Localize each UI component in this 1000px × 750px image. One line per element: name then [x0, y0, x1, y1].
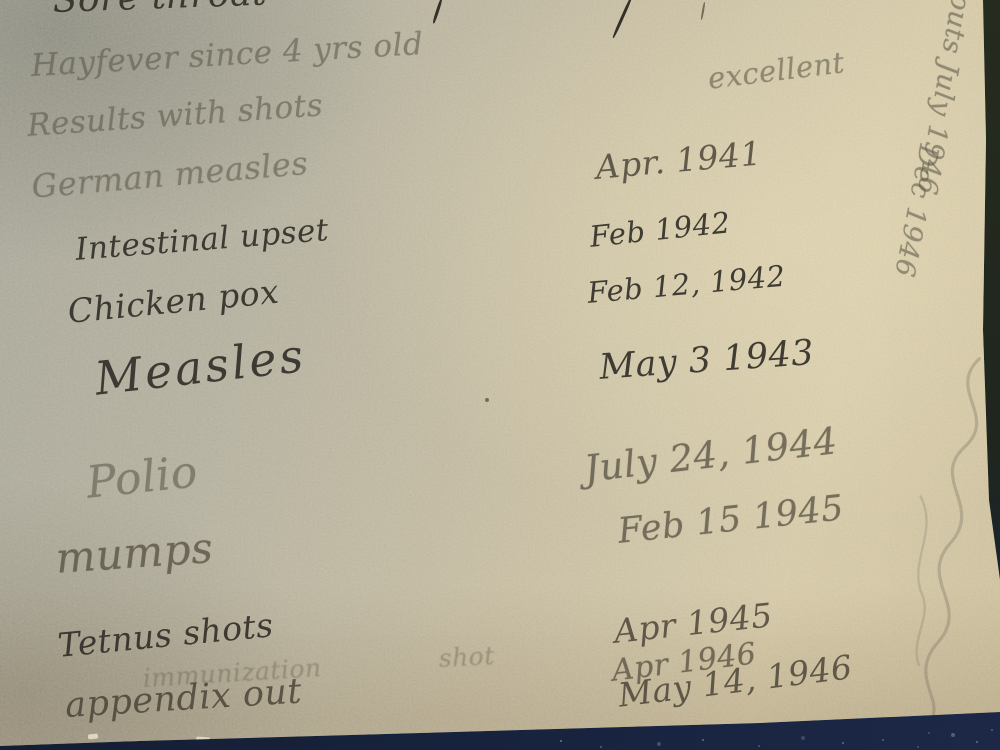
handwriting-margin-note-dec: Dec 1946 — [888, 142, 944, 279]
handwriting-intestinal-upset-date: Feb 1942 — [588, 205, 732, 254]
photo-of-handwritten-record: Sore throat Hayfever since 4 yrs old exc… — [0, 0, 1000, 750]
handwriting-measles: Measles — [92, 328, 309, 406]
handwriting-appendix-out: appendix out — [64, 672, 303, 726]
stray-ink-dot — [485, 398, 489, 402]
handwriting-tetnus-shots: Tetnus shots — [56, 605, 275, 665]
paper-tear-speck — [88, 733, 98, 739]
handwriting-measles-date: May 3 1943 — [598, 333, 815, 388]
dust-speckles — [560, 740, 562, 742]
cutoff-pen-stroke — [432, 0, 443, 24]
handwriting-german-measles: German measles — [30, 144, 310, 206]
handwriting-results-with-shots: Results with shots — [26, 87, 324, 144]
handwriting-hayfever: Hayfever since 4 yrs old — [30, 26, 424, 84]
handwriting-mumps-date: Feb 15 1945 — [616, 488, 846, 551]
record-paper-sheet: Sore throat Hayfever since 4 yrs old exc… — [0, 0, 1000, 750]
handwriting-shot-faint: shot — [438, 641, 495, 673]
cutoff-pen-stroke — [700, 2, 705, 20]
handwriting-mumps: mumps — [54, 523, 215, 583]
paper-tear-speck — [196, 737, 210, 744]
handwriting-german-measles-date: Apr. 1941 — [594, 133, 763, 186]
handwriting-sore-throat: Sore throat — [52, 0, 268, 21]
handwriting-chicken-pox-date: Feb 12, 1942 — [586, 259, 787, 310]
handwriting-excellent-note: excellent — [706, 45, 847, 95]
faint-margin-scribble — [878, 347, 1000, 736]
handwriting-chicken-pox: Chicken pox — [66, 272, 281, 331]
handwriting-polio: Polio — [84, 446, 200, 508]
handwriting-polio-date: July 24, 1944 — [582, 419, 840, 491]
handwriting-intestinal-upset: Intestinal upset — [74, 212, 330, 268]
cutoff-pen-stroke — [612, 0, 633, 39]
